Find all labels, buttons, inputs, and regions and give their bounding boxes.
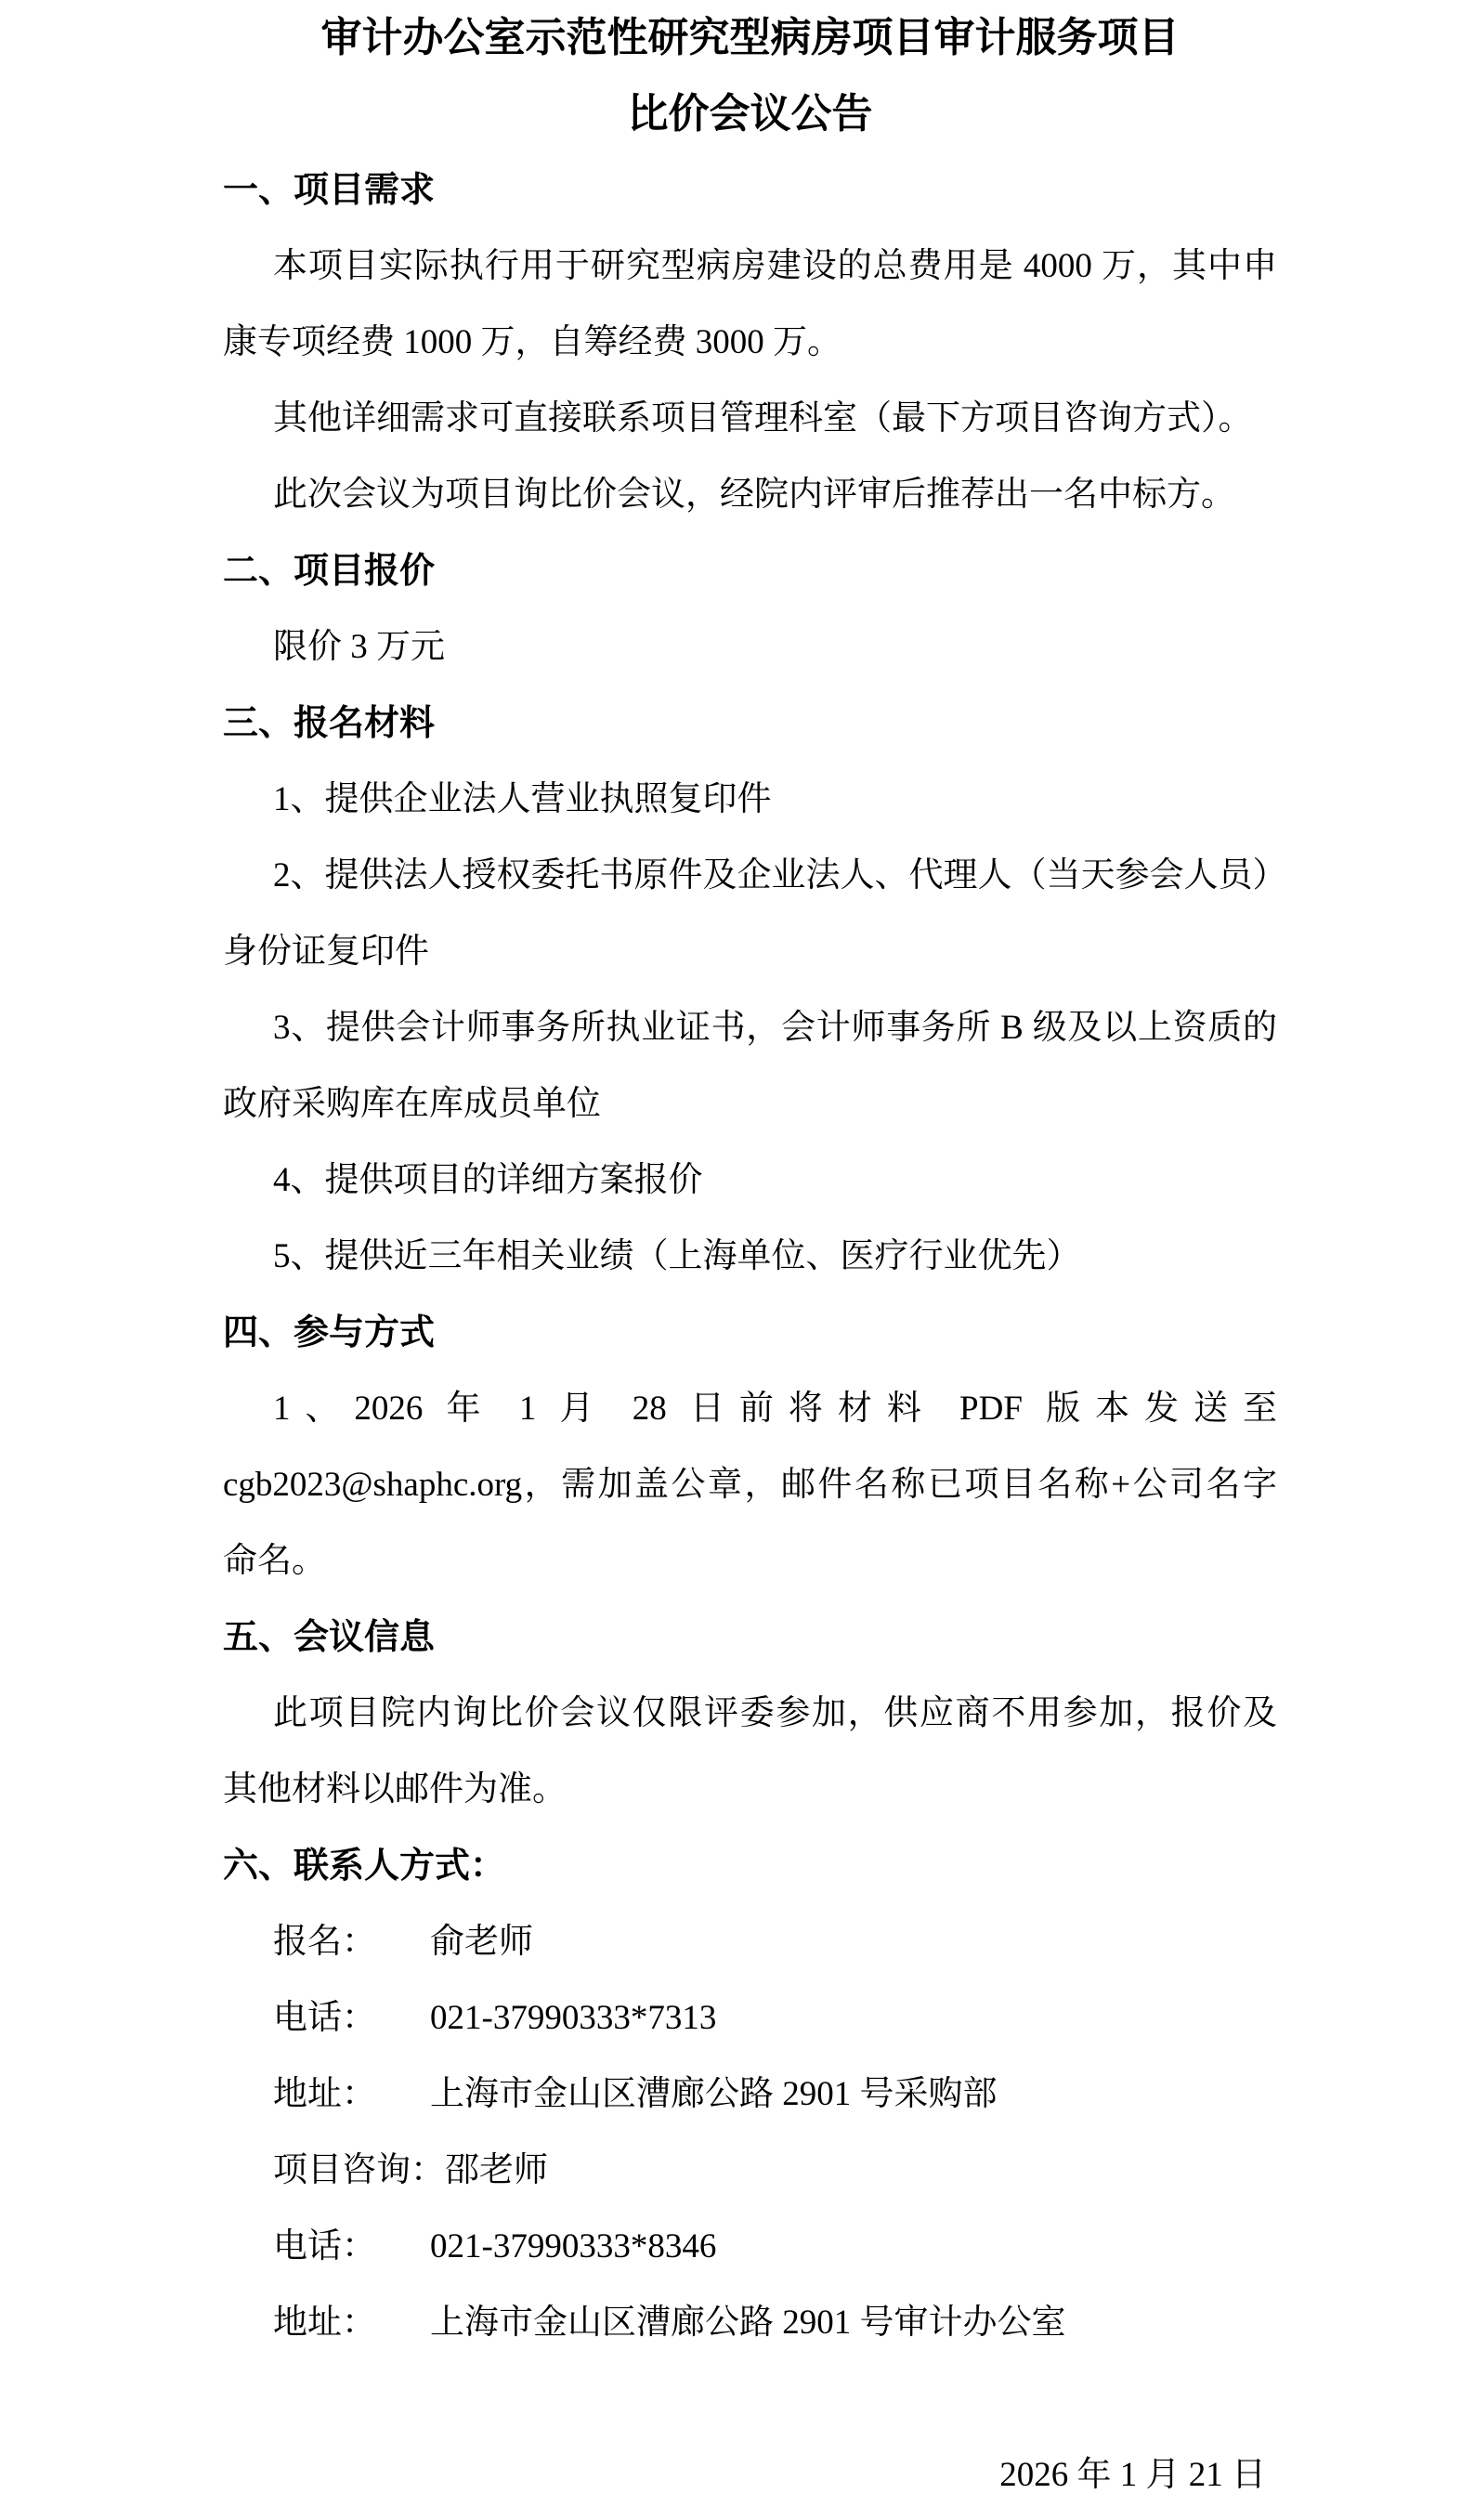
contact-value: 上海市金山区漕廊公路 2901 号采购部 bbox=[430, 2075, 998, 2113]
contact-line-signup: 报名：俞老师 bbox=[223, 1904, 1277, 1980]
section-6-heading: 六、联系人方式： bbox=[223, 1828, 1277, 1904]
contact-value: 021-37990333*8346 bbox=[430, 2227, 716, 2265]
list-item-line: 政府采购库在库成员单位 bbox=[223, 1066, 1277, 1142]
list-item-line: 3、提供会计师事务所执业证书，会计师事务所 B 级及以上资质的 bbox=[223, 990, 1277, 1066]
contact-value: 俞老师 bbox=[430, 1923, 533, 1961]
contact-label: 地址： bbox=[273, 2285, 430, 2361]
contact-line-phone: 电话：021-37990333*7313 bbox=[223, 1980, 1277, 2056]
document-date: 2026 年 1 月 21 日 bbox=[223, 2437, 1277, 2513]
contact-value: 上海市金山区漕廊公路 2901 号审计办公室 bbox=[430, 2304, 1066, 2342]
list-item-line: 1、提供企业法人营业执照复印件 bbox=[223, 762, 1277, 838]
contact-value: 邵老师 bbox=[445, 2151, 548, 2189]
list-item-line: 4、提供项目的详细方案报价 bbox=[223, 1142, 1277, 1219]
paragraph-line: 命名。 bbox=[223, 1523, 1277, 1599]
section-5-heading: 五、会议信息 bbox=[223, 1599, 1277, 1676]
document-content: 审计办公室示范性研究型病房项目审计服务项目 比价会议公告 一、项目需求 本项目实… bbox=[223, 0, 1277, 2513]
paragraph-line: 限价 3 万元 bbox=[223, 609, 1277, 685]
section-1-heading: 一、项目需求 bbox=[223, 152, 1277, 228]
section-3-heading: 三、报名材料 bbox=[223, 685, 1277, 762]
list-item-line: 2、提供法人授权委托书原件及企业法人、代理人（当天参会人员） bbox=[223, 838, 1277, 914]
paragraph-line: 此项目院内询比价会议仅限评委参加，供应商不用参加，报价及 bbox=[223, 1676, 1277, 1752]
contact-line-phone: 电话：021-37990333*8346 bbox=[223, 2209, 1277, 2285]
paragraph-line: 其他详细需求可直接联系项目管理科室（最下方项目咨询方式）。 bbox=[223, 381, 1277, 457]
contact-label: 项目咨询： bbox=[273, 2133, 445, 2209]
contact-label: 电话： bbox=[273, 2209, 430, 2285]
contact-label: 报名： bbox=[273, 1904, 430, 1980]
contact-line-consult: 项目咨询：邵老师 bbox=[223, 2133, 1277, 2209]
section-4-heading: 四、参与方式 bbox=[223, 1295, 1277, 1371]
section-2-heading: 二、项目报价 bbox=[223, 533, 1277, 609]
paragraph-line: 1、2026 年 1 月 28 日前将材料 PDF 版本发送至 bbox=[223, 1371, 1277, 1447]
contact-line-address: 地址：上海市金山区漕廊公路 2901 号审计办公室 bbox=[223, 2285, 1277, 2361]
announcement-document: 审计办公室示范性研究型病房项目审计服务项目 比价会议公告 一、项目需求 本项目实… bbox=[0, 0, 1474, 2520]
contact-label: 电话： bbox=[273, 1980, 430, 2056]
contact-value: 021-37990333*7313 bbox=[430, 1999, 716, 2037]
paragraph-line: 康专项经费 1000 万，自筹经费 3000 万。 bbox=[223, 305, 1277, 381]
list-item-line: 身份证复印件 bbox=[223, 914, 1277, 990]
paragraph-line: 此次会议为项目询比价会议，经院内评审后推荐出一名中标方。 bbox=[223, 457, 1277, 533]
document-subtitle: 比价会议公告 bbox=[223, 76, 1277, 152]
contact-label: 地址： bbox=[273, 2056, 430, 2133]
paragraph-line: 本项目实际执行用于研究型病房建设的总费用是 4000 万，其中申 bbox=[223, 228, 1277, 305]
document-title: 审计办公室示范性研究型病房项目审计服务项目 bbox=[223, 0, 1277, 76]
contact-line-address: 地址：上海市金山区漕廊公路 2901 号采购部 bbox=[223, 2056, 1277, 2133]
list-item-line: 5、提供近三年相关业绩（上海单位、医疗行业优先） bbox=[223, 1219, 1277, 1295]
paragraph-line: 其他材料以邮件为准。 bbox=[223, 1752, 1277, 1828]
paragraph-line: cgb2023@shaphc.org，需加盖公章，邮件名称已项目名称+公司名字 bbox=[223, 1447, 1277, 1523]
